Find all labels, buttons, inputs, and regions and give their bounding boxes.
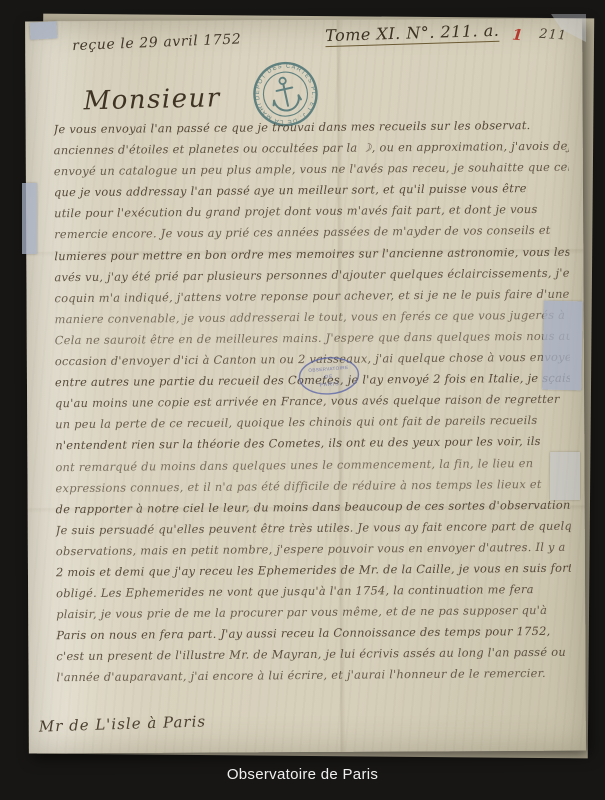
sender-note: Mr de L'isle à Paris (39, 712, 207, 735)
tape-piece-right-upper (542, 301, 583, 391)
letter-line: l'année d'auparavant, j'ai encore à lui … (56, 666, 571, 692)
received-date-note: reçue le 29 avril 1752 (72, 31, 242, 54)
tape-piece-left (22, 183, 37, 254)
red-folio-number: 1 (511, 25, 523, 44)
tape-piece-top-left (30, 21, 58, 39)
anchor-icon (268, 75, 302, 113)
salutation: Monsieur (83, 83, 221, 116)
observatory-oval-stamp: OBSERVATOIRE DE PARIS (296, 354, 363, 399)
oval-stamp-line-2: DE (325, 374, 334, 380)
photo-caption: Observatoire de Paris (0, 766, 605, 783)
letter-body: Je vous envoyai l'an passé ce que je tro… (54, 119, 572, 691)
manuscript-photo: reçue le 29 avril 1752 Tome XI. N°. 211.… (0, 0, 605, 800)
tape-piece-right-lower (550, 452, 580, 500)
tome-annotation: Tome XI. N°. 211. a. (325, 21, 500, 47)
paper-sheet: reçue le 29 avril 1752 Tome XI. N°. 211.… (25, 19, 586, 754)
